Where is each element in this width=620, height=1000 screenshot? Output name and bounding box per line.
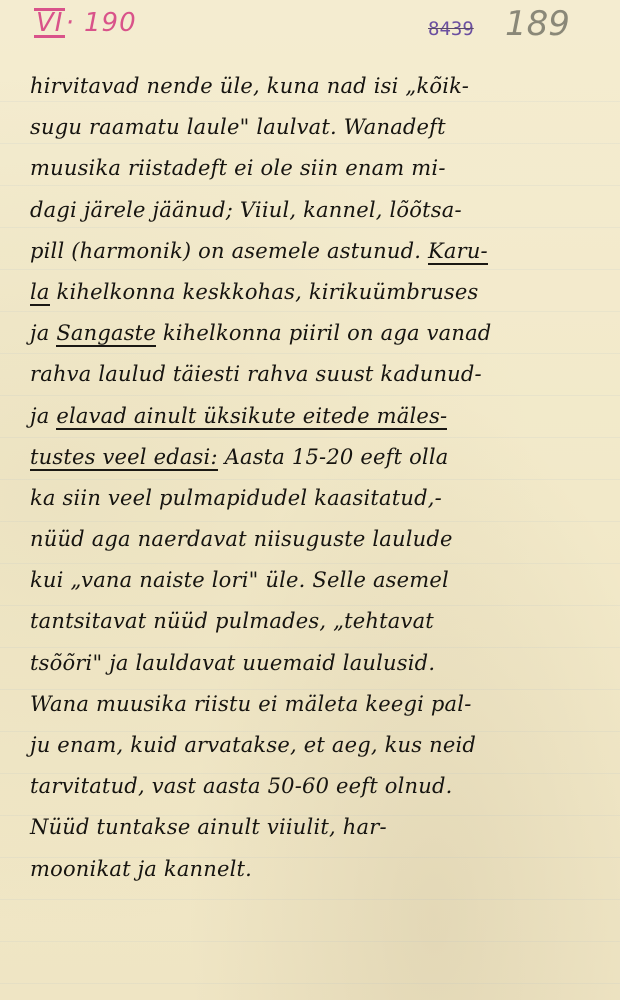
text-segment: rahva laulud täiesti rahva suust kadunud… xyxy=(30,362,482,386)
text-line: rahva laulud täiesti rahva suust kadunud… xyxy=(30,354,610,395)
text-line: tarvitatud, vast aasta 50-60 eeft olnud. xyxy=(30,766,610,807)
text-line: moonikat ja kannelt. xyxy=(30,849,610,890)
text-segment: kui „vana naiste lori" üle. Selle asemel xyxy=(30,568,449,592)
archive-mark-roman: VI xyxy=(34,8,65,38)
text-segment: ja xyxy=(30,404,56,428)
text-line: kui „vana naiste lori" üle. Selle asemel xyxy=(30,560,610,601)
text-line: ka siin veel pulmapidudel kaasitatud,- xyxy=(30,478,610,519)
text-line: pill (harmonik) on asemele astunud. Karu… xyxy=(30,231,610,272)
underlined-text: tustes veel edasi: xyxy=(30,445,218,471)
archive-mark: VI· 190 xyxy=(34,8,137,38)
text-line: tustes veel edasi: Aasta 15-20 eeft olla xyxy=(30,437,610,478)
text-line: tantsitavat nüüd pulmades, „tehtavat xyxy=(30,601,610,642)
text-segment: kihelkonna keskkohas, kirikuümbruses xyxy=(50,280,479,304)
text-line: ju enam, kuid arvatakse, et aeg, kus nei… xyxy=(30,725,610,766)
text-line: nüüd aga naerdavat niisuguste laulude xyxy=(30,519,610,560)
handwritten-text-body: hirvitavad nende üle, kuna nad isi „kõik… xyxy=(30,66,610,890)
underlined-text: Karu- xyxy=(428,239,488,265)
text-segment: kihelkonna piiril on aga vanad xyxy=(156,321,492,345)
text-segment: hirvitavad nende üle, kuna nad isi „kõik… xyxy=(30,74,469,98)
text-line: Wana muusika riistu ei mäleta keegi pal- xyxy=(30,684,610,725)
underlined-text: la xyxy=(30,280,50,306)
text-line: ja elavad ainult üksikute eitede mäles- xyxy=(30,396,610,437)
text-line: dagi järele jäänud; Viiul, kannel, lõõts… xyxy=(30,190,610,231)
text-segment: sugu raamatu laule" laulvat. Wanadeft xyxy=(30,115,446,139)
text-segment: tantsitavat nüüd pulmades, „tehtavat xyxy=(30,609,434,633)
text-segment: ja xyxy=(30,321,56,345)
text-line: sugu raamatu laule" laulvat. Wanadeft xyxy=(30,107,610,148)
text-segment: pill (harmonik) on asemele astunud. xyxy=(30,239,428,263)
text-segment: dagi järele jäänud; Viiul, kannel, lõõts… xyxy=(30,198,462,222)
underlined-text: Sangaste xyxy=(56,321,156,347)
text-segment: muusika riistadeft ei ole siin enam mi- xyxy=(30,156,446,180)
underlined-text: elavad ainult üksikute eitede mäles- xyxy=(56,404,447,430)
text-line: muusika riistadeft ei ole siin enam mi- xyxy=(30,148,610,189)
archive-mark-number: · 190 xyxy=(65,8,136,38)
text-line: tsõõri" ja lauldavat uuemaid laulusid. xyxy=(30,643,610,684)
text-line: Nüüd tuntakse ainult viiulit, har- xyxy=(30,807,610,848)
struck-stamp-number: 8439 xyxy=(428,18,474,40)
text-segment: moonikat ja kannelt. xyxy=(30,857,252,881)
manuscript-page: VI· 190 8439 189 hirvitavad nende üle, k… xyxy=(0,0,620,1000)
text-segment: tsõõri" ja lauldavat uuemaid laulusid. xyxy=(30,651,435,675)
text-segment: nüüd aga naerdavat niisuguste laulude xyxy=(30,527,453,551)
text-segment: Wana muusika riistu ei mäleta keegi pal- xyxy=(30,692,471,716)
text-segment: tarvitatud, vast aasta 50-60 eeft olnud. xyxy=(30,774,453,798)
text-segment: Aasta 15-20 eeft olla xyxy=(218,445,449,469)
text-line: la kihelkonna keskkohas, kirikuümbruses xyxy=(30,272,610,313)
text-segment: ju enam, kuid arvatakse, et aeg, kus nei… xyxy=(30,733,476,757)
text-line: ja Sangaste kihelkonna piiril on aga van… xyxy=(30,313,610,354)
text-segment: ka siin veel pulmapidudel kaasitatud,- xyxy=(30,486,442,510)
page-number: 189 xyxy=(505,4,570,44)
text-line: hirvitavad nende üle, kuna nad isi „kõik… xyxy=(30,66,610,107)
text-segment: Nüüd tuntakse ainult viiulit, har- xyxy=(30,815,387,839)
